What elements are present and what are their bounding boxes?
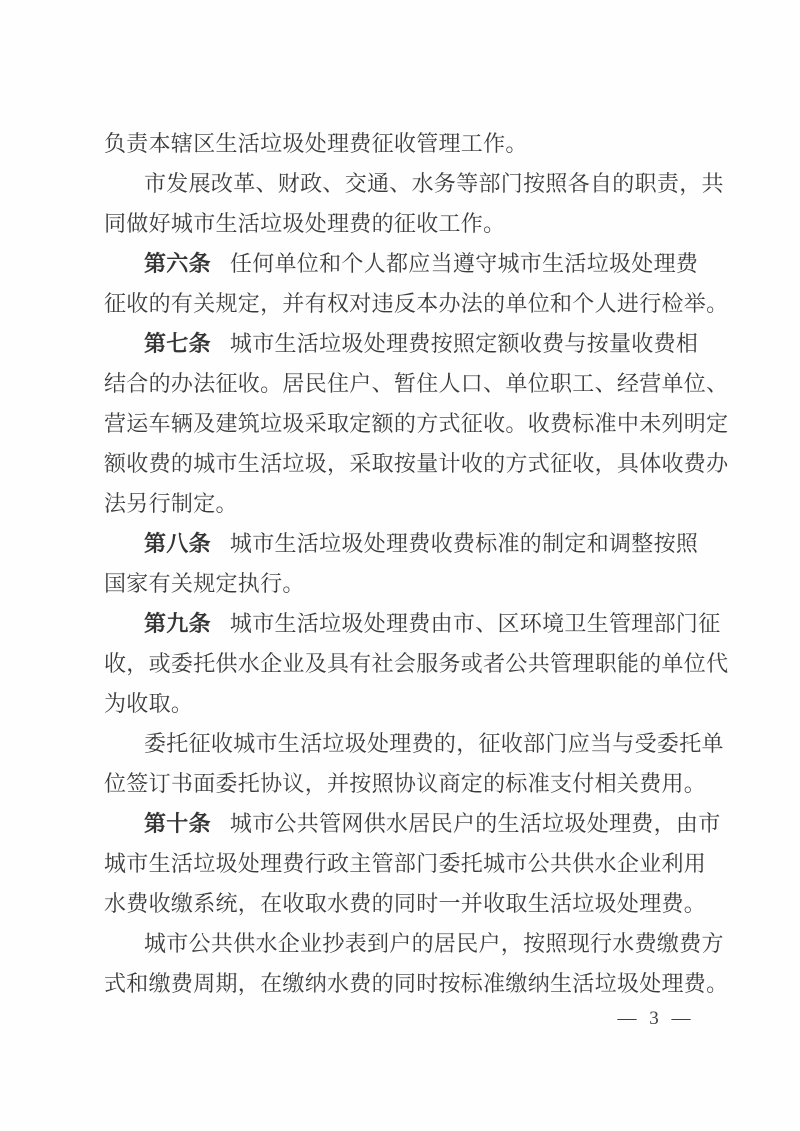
article-number: 第七条 [144,331,211,356]
text-line: 第七条城市生活垃圾处理费按照定额收费与按量收费相 [104,324,744,364]
text-line: 收，或委托供水企业及具有社会服务或者公共管理职能的单位代 [104,644,744,684]
text-line: 营运车辆及建筑垃圾采取定额的方式征收。收费标准中未列明定 [104,404,744,444]
text-line: 征收的有关规定，并有权对违反本办法的单位和个人进行检举。 [104,284,744,324]
text-line: 第八条城市生活垃圾处理费收费标准的制定和调整按照 [104,524,744,564]
page-number: — 3 — [596,1008,716,1030]
text-line: 位签订书面委托协议，并按照协议商定的标准支付相关费用。 [104,764,744,804]
text-line: 委托征收城市生活垃圾处理费的，征收部门应当与受委托单 [104,724,744,764]
text-line: 负责本辖区生活垃圾处理费征收管理工作。 [104,124,744,164]
document-body: 负责本辖区生活垃圾处理费征收管理工作。市发展改革、财政、交通、水务等部门按照各自… [104,124,744,1004]
text-line: 同做好城市生活垃圾处理费的征收工作。 [104,204,744,244]
text-line: 额收费的城市生活垃圾，采取按量计收的方式征收，具体收费办 [104,444,744,484]
text-line: 城市公共供水企业抄表到户的居民户，按照现行水费缴费方 [104,924,744,964]
text-line: 市发展改革、财政、交通、水务等部门按照各自的职责，共 [104,164,744,204]
text-line: 国家有关规定执行。 [104,564,744,604]
article-number: 第六条 [144,251,211,276]
text-line: 法另行制定。 [104,484,744,524]
text-line: 结合的办法征收。居民住户、暂住人口、单位职工、经营单位、 [104,364,744,404]
text-line: 第六条任何单位和个人都应当遵守城市生活垃圾处理费 [104,244,744,284]
article-number: 第十条 [144,811,211,836]
text-line: 水费收缴系统，在收取水费的同时一并收取生活垃圾处理费。 [104,884,744,924]
text-line: 第九条城市生活垃圾处理费由市、区环境卫生管理部门征 [104,604,744,644]
text-line: 第十条城市公共管网供水居民户的生活垃圾处理费，由市 [104,804,744,844]
text-line: 式和缴费周期，在缴纳水费的同时按标准缴纳生活垃圾处理费。 [104,964,744,1004]
article-number: 第八条 [144,531,211,556]
text-line: 为收取。 [104,684,744,724]
article-number: 第九条 [144,611,211,636]
text-line: 城市生活垃圾处理费行政主管部门委托城市公共供水企业利用 [104,844,744,884]
document-page: 负责本辖区生活垃圾处理费征收管理工作。市发展改革、财政、交通、水务等部门按照各自… [0,0,800,1131]
